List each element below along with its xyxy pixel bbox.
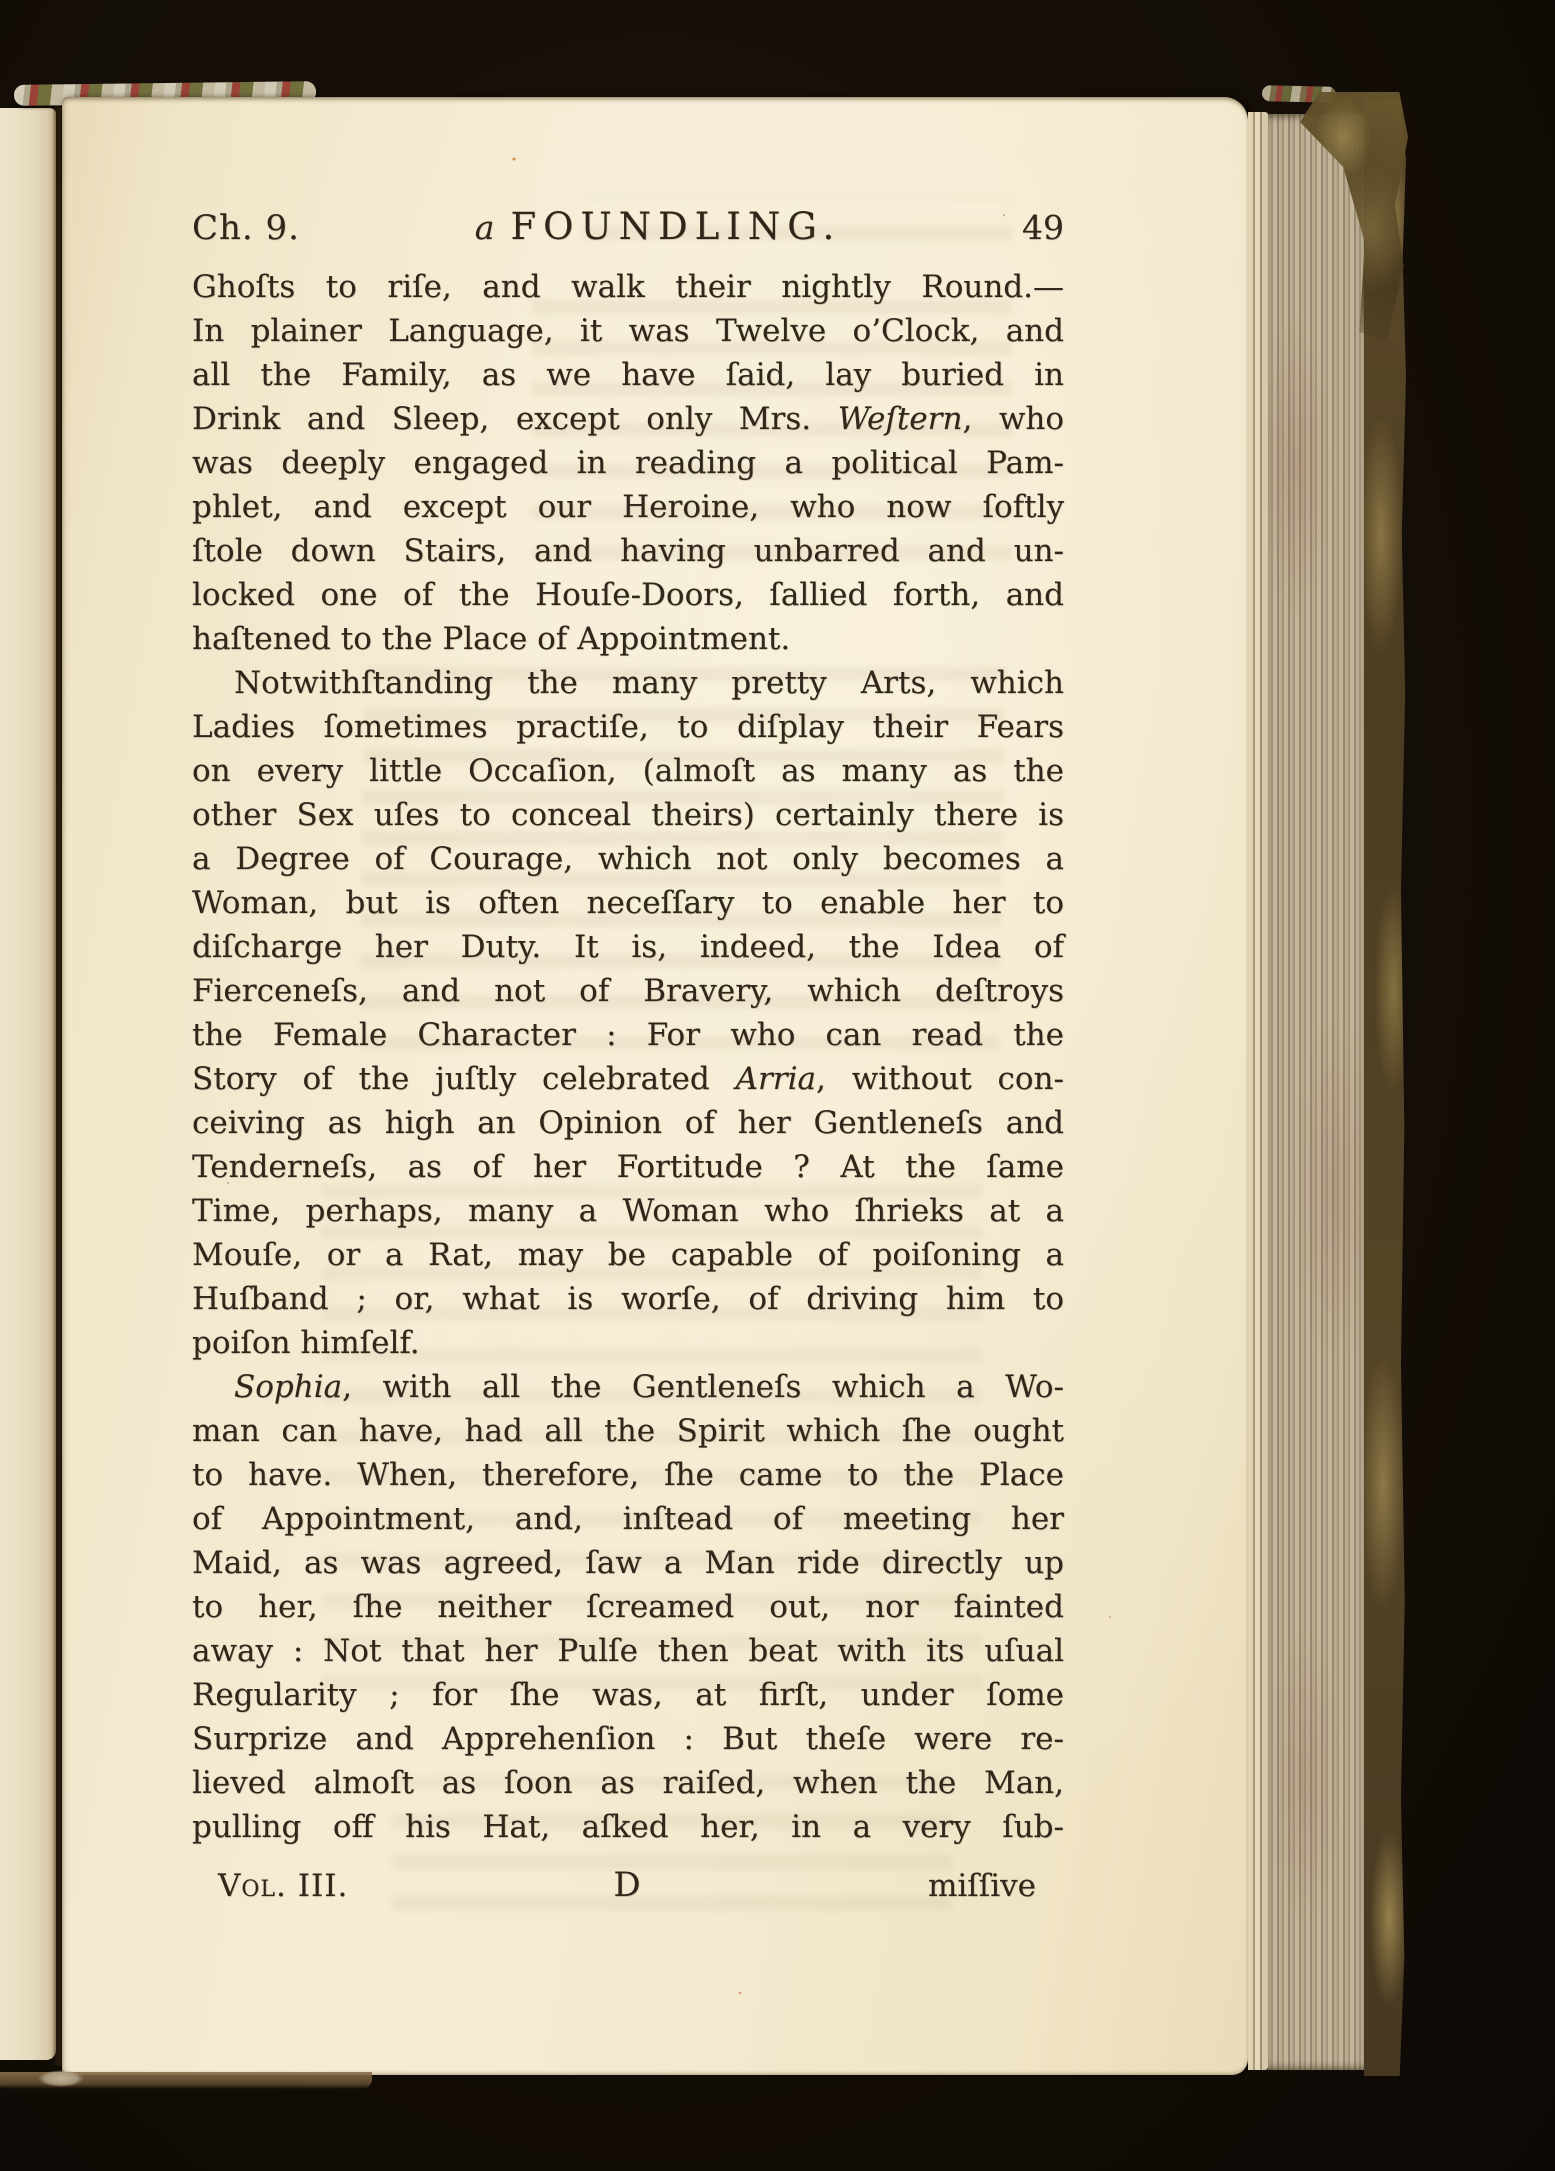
page-footer: Vol. III. D miſſive (192, 1863, 1064, 1908)
text-line: Tenderneſs, as of her Fortitude ? At the… (192, 1145, 1064, 1189)
text-line: Ladies ſometimes practiſe, to diſplay th… (192, 705, 1064, 749)
text-line: locked one of the Houſe-Doors, ſallied f… (192, 573, 1064, 617)
text-line: In plainer Language, it was Twelve o’Clo… (192, 309, 1064, 353)
text-line: Fierceneſs, and not of Bravery, which de… (192, 969, 1064, 1013)
photograph-of-book: { "page": { "header": { "chapter": "Ch. … (0, 0, 1555, 2171)
text-line: Regularity ; for ſhe was, at firſt, unde… (192, 1673, 1064, 1717)
bottom-fiber-tuft (38, 2070, 84, 2087)
text-line: Sophia, with all the Gentleneſs which a … (192, 1365, 1064, 1409)
text-line: Ghoſts to riſe, and walk their nightly R… (192, 265, 1064, 309)
paragraph: Notwithſtanding the many pretty Arts, wh… (192, 661, 1064, 1365)
text-line: Story of the juſtly celebrated Arria, wi… (192, 1057, 1064, 1101)
volume-label-wrap: Vol. III. (192, 1864, 491, 1908)
text-line: pulling off his Hat, aſked her, in a ver… (192, 1805, 1064, 1849)
running-title-article: a (475, 208, 495, 247)
body-paragraphs: Ghoſts to riſe, and walk their nightly R… (192, 265, 1064, 1849)
text-line: was deeply engaged in reading a politica… (192, 441, 1064, 485)
text-line: to have. When, therefore, ſhe came to th… (192, 1453, 1064, 1497)
running-title: aFOUNDLING. (342, 205, 974, 250)
text-line: a Degree of Courage, which not only beco… (192, 837, 1064, 881)
binding-edge (1364, 100, 1406, 2076)
text-line: haſtened to the Place of Appointment. (192, 617, 1064, 661)
text-line: to her, ſhe neither ſcreamed out, nor fa… (192, 1585, 1064, 1629)
text-line: Drink and Sleep, except only Mrs. Weſter… (192, 397, 1064, 441)
text-line: all the Family, as we have ſaid, lay bur… (192, 353, 1064, 397)
text-line: diſcharge her Duty. It is, indeed, the I… (192, 925, 1064, 969)
book-page: Ch. 9. aFOUNDLING. 49 Ghoſts to riſe, an… (62, 97, 1248, 2075)
text-line: on every little Occaſion, (almoſt as man… (192, 749, 1064, 793)
text-line: Notwithſtanding the many pretty Arts, wh… (192, 661, 1064, 705)
text-line: Mouſe, or a Rat, may be capable of poiſo… (192, 1233, 1064, 1277)
facing-page-edge (0, 108, 56, 2060)
text-line: ſtole down Stairs, and having unbarred a… (192, 529, 1064, 573)
text-line: Maid, as was agreed, ſaw a Man ride dire… (192, 1541, 1064, 1585)
running-title-text: FOUNDLING. (510, 205, 841, 248)
text-line: of Appointment, and, inſtead of meeting … (192, 1497, 1064, 1541)
text-line: away : Not that her Pulſe then beat with… (192, 1629, 1064, 1673)
text-line: the Female Character : For who can read … (192, 1013, 1064, 1057)
text-line: ceiving as high an Opinion of her Gentle… (192, 1101, 1064, 1145)
fore-edge-pages (1268, 114, 1364, 2070)
text-line: Huſband ; or, what is worſe, of driving … (192, 1277, 1064, 1321)
running-header: Ch. 9. aFOUNDLING. 49 (192, 205, 1064, 261)
text-line: Woman, but is often neceſſary to enable … (192, 881, 1064, 925)
text-line: Time, perhaps, many a Woman who ſhrieks … (192, 1189, 1064, 1233)
catchword: miſſive (763, 1864, 1064, 1908)
text-line: lieved almoſt as ſoon as raiſed, when th… (192, 1761, 1064, 1805)
paragraph: Sophia, with all the Gentleneſs which a … (192, 1365, 1064, 1849)
page-edge-layers (1248, 112, 1268, 2070)
text-line: man can have, had all the Spirit which ſ… (192, 1409, 1064, 1453)
paragraph: Ghoſts to riſe, and walk their nightly R… (192, 265, 1064, 661)
text-line: poiſon himſelf. (192, 1321, 1064, 1365)
signature-mark: D (491, 1863, 764, 1907)
text-line: phlet, and except our Heroine, who now ſ… (192, 485, 1064, 529)
chapter-label: Ch. 9. (192, 206, 342, 250)
text-block: Ch. 9. aFOUNDLING. 49 Ghoſts to riſe, an… (192, 205, 1064, 1908)
volume-label: Vol. III. (218, 1868, 348, 1904)
text-line: other Sex uſes to conceal theirs) certai… (192, 793, 1064, 837)
page-number: 49 (974, 206, 1064, 250)
text-line: Surprize and Apprehenſion : But theſe we… (192, 1717, 1064, 1761)
